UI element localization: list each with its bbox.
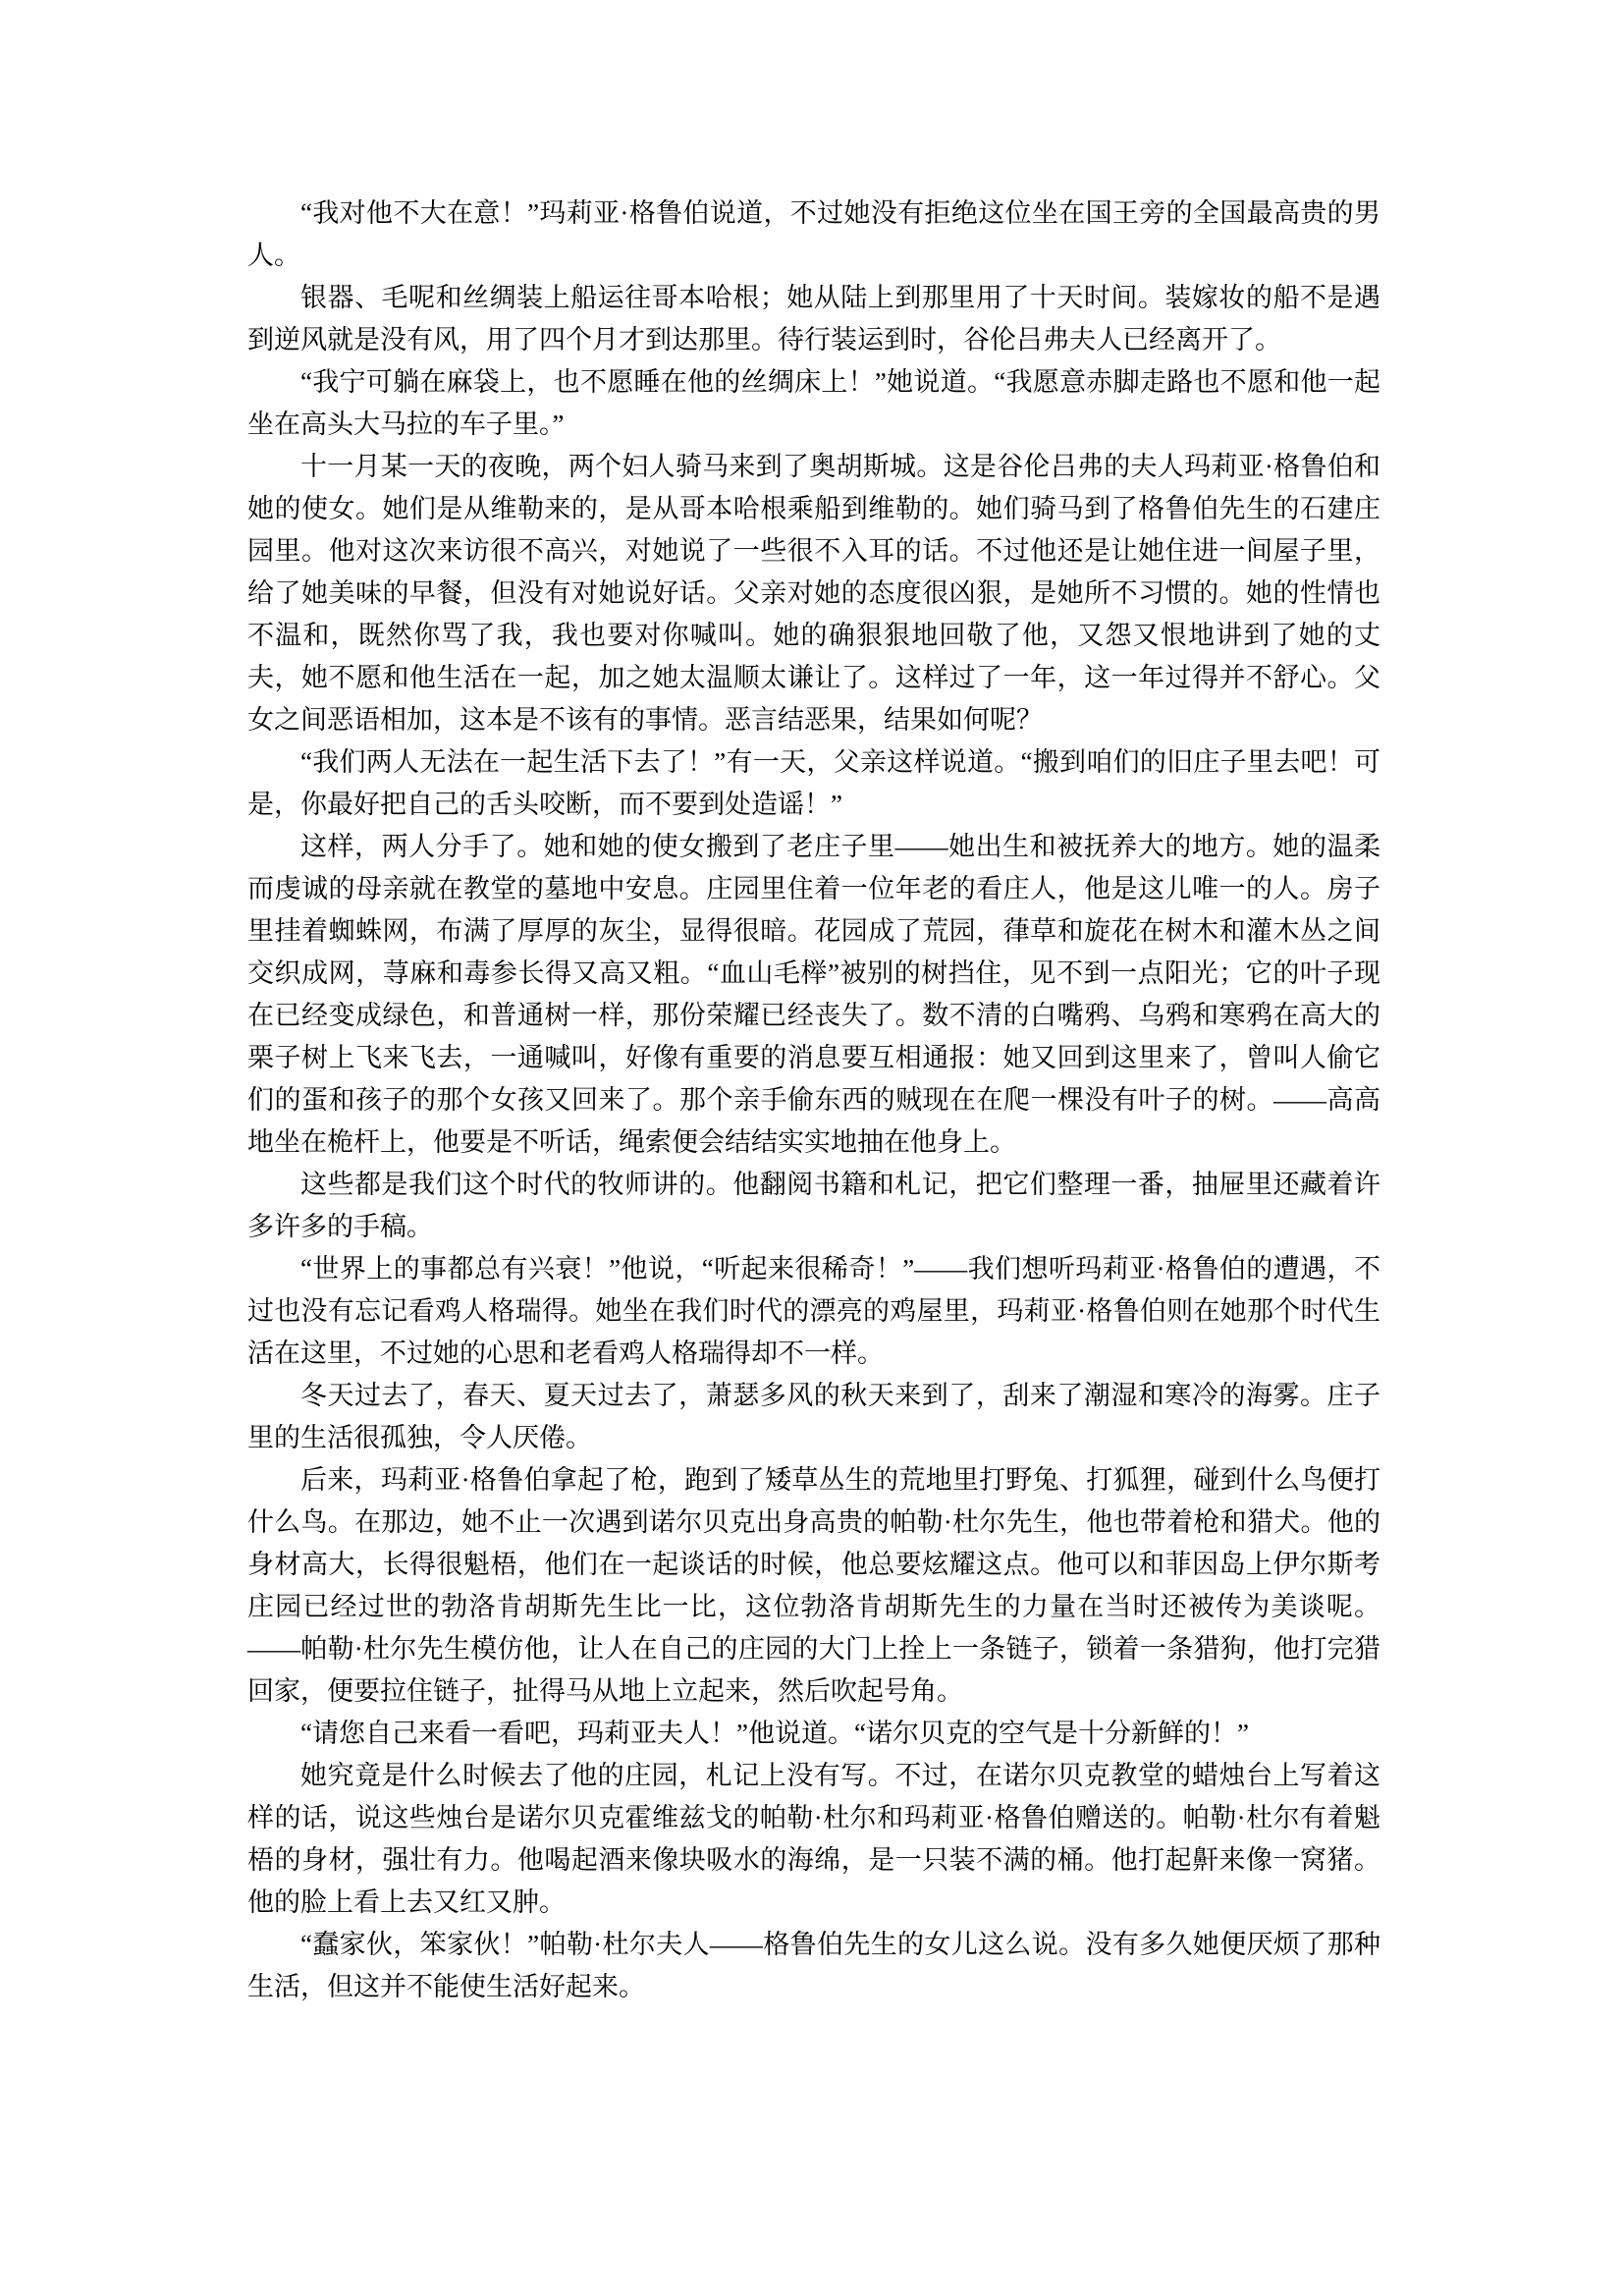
document-page: “我对他不大在意！”玛莉亚·格鲁伯说道，不过她没有拒绝这位坐在国王旁的全国最高贵… bbox=[0, 0, 1623, 2296]
paragraph-8: “世界上的事都总有兴衰！”他说，“听起来很稀奇！”——我们想听玛莉亚·格鲁伯的遭… bbox=[247, 1248, 1380, 1375]
paragraph-9: 冬天过去了，春天、夏天过去了，萧瑟多风的秋天来到了，刮来了潮湿和寒冷的海雾。庄子… bbox=[247, 1375, 1380, 1459]
paragraph-6: 这样，两人分手了。她和她的使女搬到了老庄子里——她出生和被抚养大的地方。她的温柔… bbox=[247, 826, 1380, 1164]
paragraph-13: “蠢家伙，笨家伙！”帕勒·杜尔夫人——格鲁伯先生的女儿这么说。没有多久她便厌烦了… bbox=[247, 1924, 1380, 2008]
paragraph-4: 十一月某一天的夜晚，两个妇人骑马来到了奥胡斯城。这是谷伦吕弗的夫人玛莉亚·格鲁伯… bbox=[247, 446, 1380, 741]
paragraph-2: 银器、毛呢和丝绸装上船运往哥本哈根；她从陆上到那里用了十天时间。装嫁妆的船不是遇… bbox=[247, 277, 1380, 361]
paragraph-3: “我宁可躺在麻袋上，也不愿睡在他的丝绸床上！”她说道。“我愿意赤脚走路也不愿和他… bbox=[247, 361, 1380, 446]
paragraph-11: “请您自己来看一看吧，玛莉亚夫人！”他说道。“诺尔贝克的空气是十分新鲜的！” bbox=[247, 1713, 1380, 1755]
paragraph-1: “我对他不大在意！”玛莉亚·格鲁伯说道，不过她没有拒绝这位坐在国王旁的全国最高贵… bbox=[247, 192, 1380, 277]
text-block: “我对他不大在意！”玛莉亚·格鲁伯说道，不过她没有拒绝这位坐在国王旁的全国最高贵… bbox=[247, 192, 1380, 2008]
paragraph-12: 她究竟是什么时候去了他的庄园，札记上没有写。不过，在诺尔贝克教堂的蜡烛台上写着这… bbox=[247, 1755, 1380, 1924]
paragraph-10: 后来，玛莉亚·格鲁伯拿起了枪，跑到了矮草丛生的荒地里打野兔、打狐狸，碰到什么鸟便… bbox=[247, 1459, 1380, 1713]
paragraph-5: “我们两人无法在一起生活下去了！”有一天，父亲这样说道。“搬到咱们的旧庄子里去吧… bbox=[247, 741, 1380, 826]
paragraph-7: 这些都是我们这个时代的牧师讲的。他翻阅书籍和札记，把它们整理一番，抽屉里还藏着许… bbox=[247, 1164, 1380, 1248]
